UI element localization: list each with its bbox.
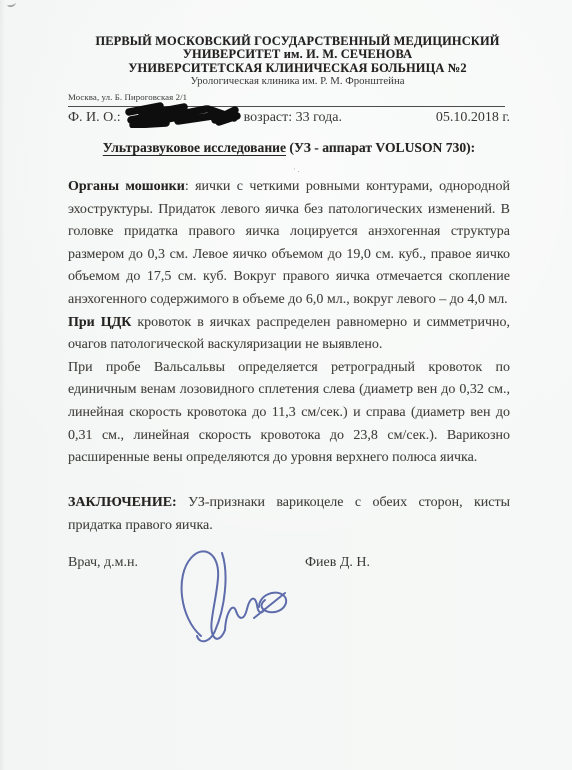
document-header: ПЕРВЫЙ МОСКОВСКИЙ ГОСУДАРСТВЕННЫЙ МЕДИЦИ…: [75, 35, 520, 88]
redaction-scribble-icon: [122, 101, 242, 128]
paragraph-cdk-findings: При ЦДК кровоток в яичках распределен ра…: [68, 312, 510, 357]
paragraph-scrotum-findings: Органы мошонки: яички с четкими ровными …: [68, 176, 510, 312]
paragraph-conclusion: ЗАКЛЮЧЕНИЕ: УЗ-признаки варикоцеле с обе…: [68, 492, 510, 537]
patient-info-row: Ф. И. О.: возраст: 33 года. 05.10.2018 г…: [68, 105, 510, 131]
conclusion-lead: ЗАКЛЮЧЕНИЕ:: [68, 495, 177, 510]
paragraph-text: При пробе Вальсальвы определяется ретрог…: [68, 360, 510, 465]
doctor-name: Фиев Д. Н.: [305, 555, 370, 571]
paragraph-valsalva-findings: При пробе Вальсальвы определяется ретрог…: [68, 357, 510, 470]
paragraph-text: кровоток в яичках распределен равномерно…: [68, 315, 510, 353]
org-name-line2: УНИВЕРСИТЕТ им. И. М. СЕЧЕНОВА: [75, 48, 520, 61]
scan-artifact-corner-mark: [7, 0, 17, 8]
scanned-document-page: ПЕРВЫЙ МОСКОВСКИЙ ГОСУДАРСТВЕННЫЙ МЕДИЦИ…: [0, 0, 572, 770]
paragraph-lead: При ЦДК: [68, 315, 131, 330]
org-name-line1: ПЕРВЫЙ МОСКОВСКИЙ ГОСУДАРСТВЕННЫЙ МЕДИЦИ…: [75, 35, 520, 48]
paragraph-text: : яички с четкими ровными контурами, одн…: [68, 179, 510, 307]
document-title-rest: (УЗ - аппарат VOLUSON 730):: [286, 140, 475, 155]
address-text: Москва, ул. Б. Пироговская 2/1: [68, 92, 187, 102]
scan-artifact-smudge: ·.: [293, 165, 303, 172]
findings-section: Органы мошонки: яички с четкими ровными …: [68, 176, 510, 538]
org-name-line3: УНИВЕРСИТЕТСКАЯ КЛИНИЧЕСКАЯ БОЛЬНИЦА №2: [75, 62, 520, 75]
signature-icon: [170, 546, 292, 648]
document-title: Ультразвуковое исследование (УЗ - аппара…: [68, 140, 510, 156]
patient-age: возраст: 33 года.: [244, 110, 342, 126]
fio-label: Ф. И. О.:: [68, 110, 121, 126]
doctor-title: Врач, д.м.н.: [68, 555, 138, 571]
paragraph-lead: Органы мошонки: [68, 179, 185, 194]
document-title-underlined: Ультразвуковое исследование: [103, 140, 286, 155]
document-date: 05.10.2018 г.: [436, 110, 510, 126]
